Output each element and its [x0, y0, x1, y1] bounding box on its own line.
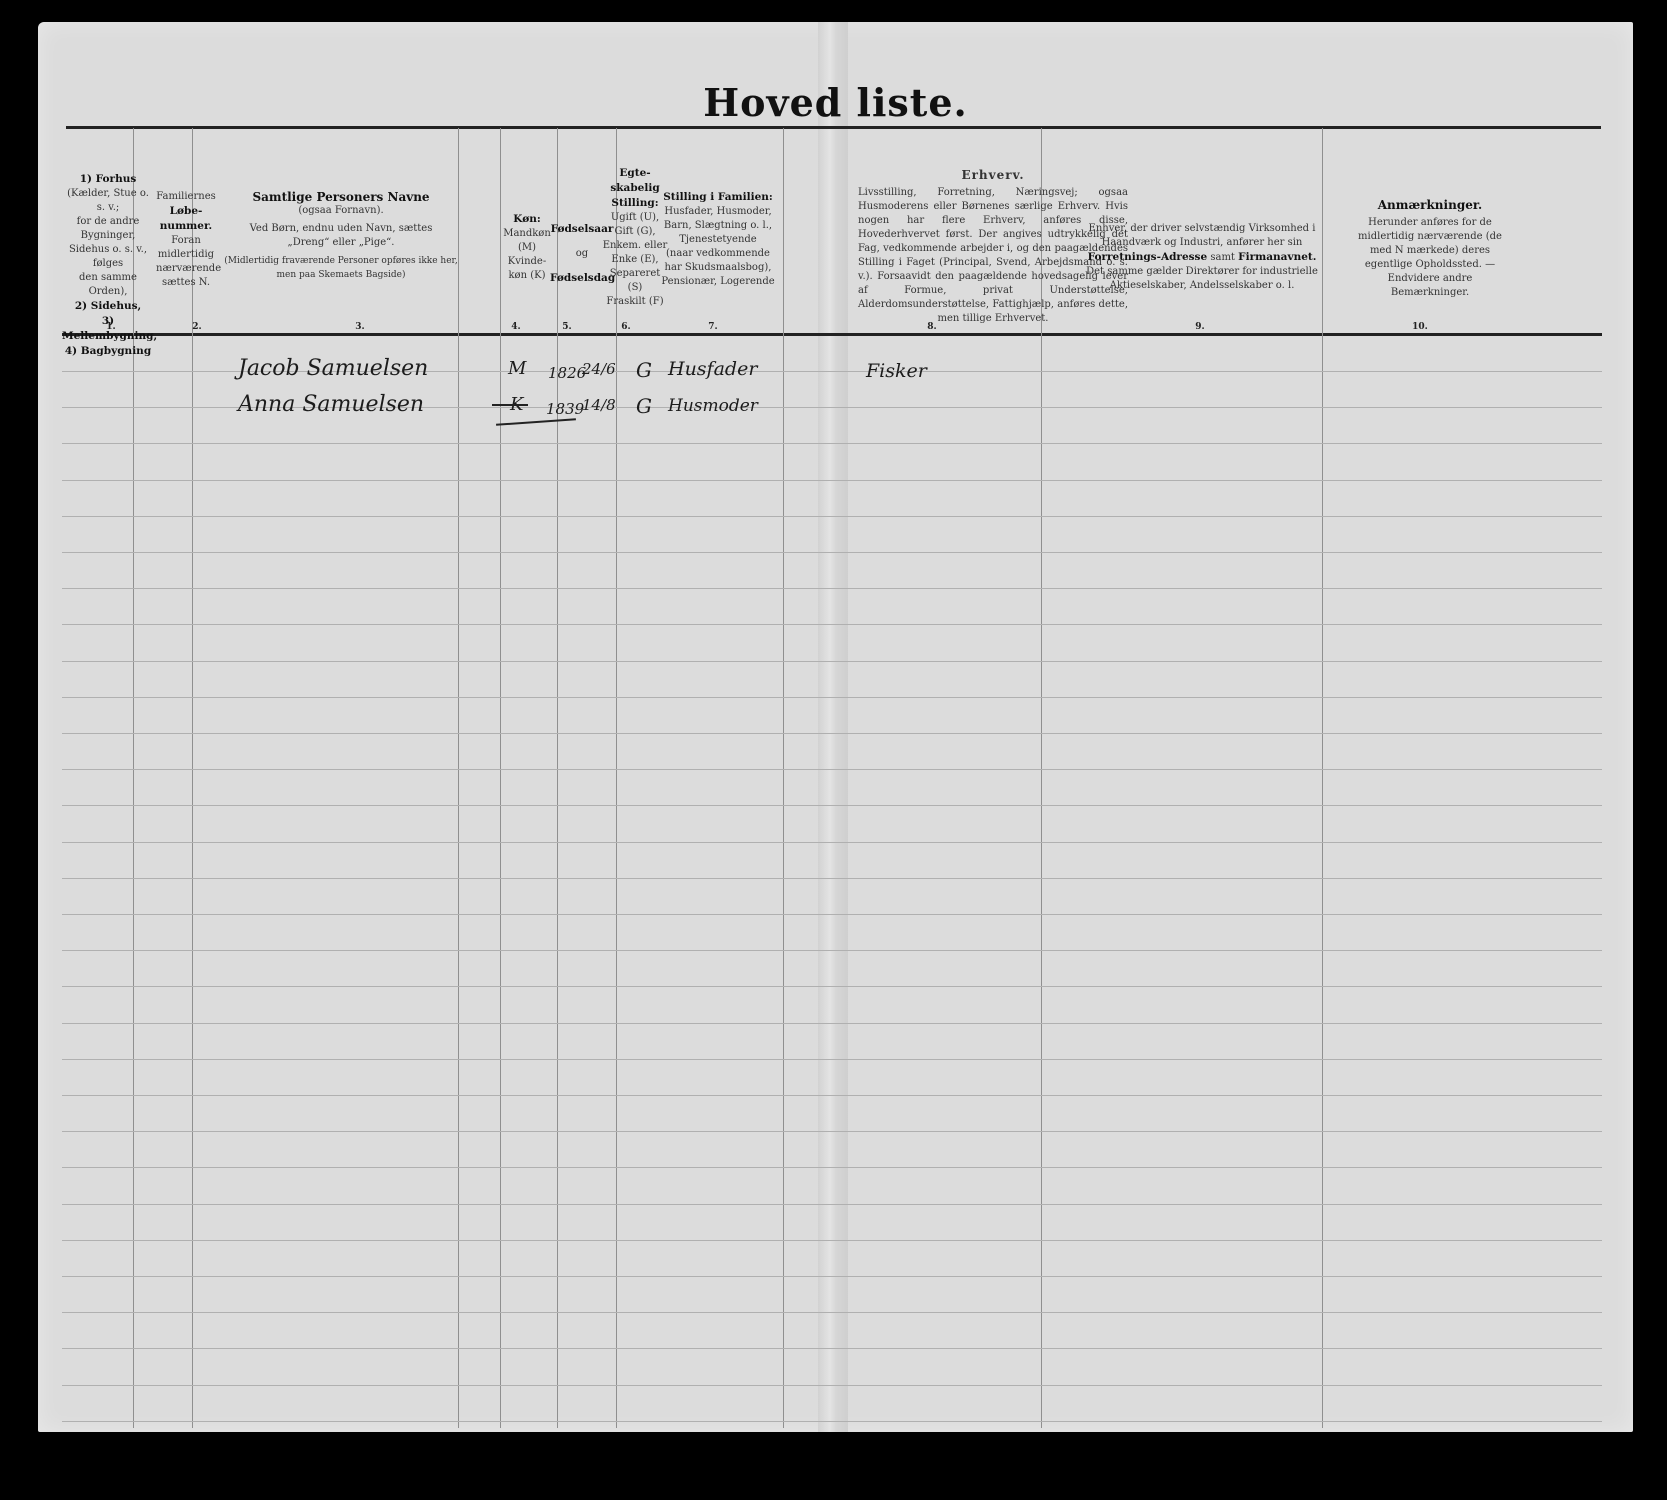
col-number-3: 3. [345, 322, 375, 332]
form-title: Hoved liste. [38, 80, 1633, 125]
col-number-7: 7. [698, 322, 728, 332]
entry-birth-day: 24/6 [582, 360, 616, 378]
col3-header: Samtlige Personers Navne (ogsaa Fornavn)… [216, 190, 466, 282]
ruled-line [62, 914, 1602, 915]
entry-occupation: Fisker [866, 360, 927, 382]
col9-header: Enhver, der driver selvstændig Virksomhe… [1083, 222, 1321, 293]
ruled-line [62, 697, 1602, 698]
entry-birth-year: 1826 [548, 364, 586, 382]
ruled-line [62, 878, 1602, 879]
entry-marital: G [636, 394, 652, 418]
ruled-line [62, 842, 1602, 843]
page-fold-gutter [818, 22, 848, 1432]
entry-birth-year: 1839 [546, 400, 584, 418]
header-bottom-rule [62, 333, 1602, 336]
ruled-line [62, 1095, 1602, 1096]
ruled-line [62, 1167, 1602, 1168]
col-number-8: 8. [917, 322, 947, 332]
ruled-line [62, 769, 1602, 770]
col-number-2: 2. [182, 322, 212, 332]
entry-family-position: Husfader [668, 358, 757, 380]
entry-family-position: Husmoder [668, 396, 758, 416]
ruled-line [62, 624, 1602, 625]
col-number-6: 6. [611, 322, 641, 332]
ruled-line [62, 516, 1602, 517]
ruled-line [62, 1276, 1602, 1277]
col-divider-7 [783, 128, 784, 1428]
ruled-line [62, 661, 1602, 662]
col-divider-3 [458, 128, 459, 1428]
entry-name: Anna Samuelsen [238, 392, 424, 417]
col10-header: Anmærkninger. Herunder anføres for de mi… [1350, 198, 1510, 300]
col-number-4: 4. [501, 322, 531, 332]
col2-header: Familiernes Løbe- nummer. Foran midlerti… [156, 190, 216, 290]
col-number-1: 1. [96, 322, 126, 332]
col-number-9: 9. [1185, 322, 1215, 332]
pen-underline-mark [496, 418, 576, 426]
ruled-line [62, 986, 1602, 987]
ruled-line [62, 1421, 1602, 1422]
header-top-rule [66, 126, 1601, 129]
col-number-5: 5. [552, 322, 582, 332]
ruled-line [62, 480, 1602, 481]
ruled-line [62, 443, 1602, 444]
entry-marital: G [636, 358, 652, 382]
ruled-line [62, 1204, 1602, 1205]
ruled-line [62, 805, 1602, 806]
col-number-10: 10. [1405, 322, 1435, 332]
ruled-line [62, 1385, 1602, 1386]
entry-birth-day: 14/8 [582, 396, 616, 414]
ruled-line [62, 1312, 1602, 1313]
ruled-line [62, 588, 1602, 589]
ruled-line [62, 1023, 1602, 1024]
ruled-line [62, 1240, 1602, 1241]
ruled-line [62, 1348, 1602, 1349]
ruled-line [62, 950, 1602, 951]
col-divider-9 [1322, 128, 1323, 1428]
ruled-line [62, 1131, 1602, 1132]
col4-header: Køn: Mandkøn (M) Kvinde- køn (K) [498, 212, 556, 283]
census-form-page: Hoved liste. 1) Forhus (Kælder, Stue o. … [38, 22, 1633, 1432]
ruled-line [62, 733, 1602, 734]
entry-sex: M [508, 358, 526, 379]
entry-name: Jacob Samuelsen [238, 356, 428, 381]
ruled-line [62, 1059, 1602, 1060]
pen-strike-mark [492, 404, 528, 406]
col7-header: Stilling i Familien: Husfader, Husmoder,… [656, 190, 780, 289]
ruled-line [62, 552, 1602, 553]
